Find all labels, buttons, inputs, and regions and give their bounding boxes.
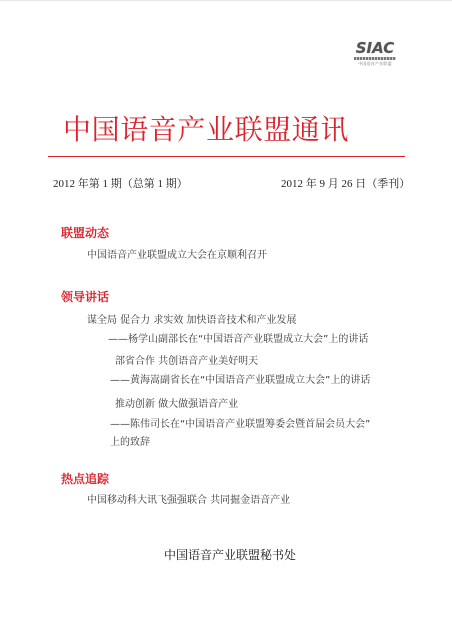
- section-heading-hot-topics: 热点追踪: [61, 472, 109, 487]
- toc-item[interactable]: 中国语音产业联盟成立大会在京顺利召开: [87, 249, 267, 262]
- issue-number: 2012 年第 1 期（总第 1 期）: [53, 177, 188, 191]
- footer-organization: 中国语音产业联盟秘书处: [0, 548, 452, 563]
- issue-date: 2012 年 9 月 26 日（季刊）: [281, 177, 410, 191]
- toc-item-byline: ——杨学山副部长在“中国语音产业联盟成立大会”上的讲话: [108, 333, 368, 346]
- toc-item-title[interactable]: 部省合作 共创语音产业美好明天: [115, 355, 258, 368]
- toc-item-title[interactable]: 推动创新 做大做强语音产业: [115, 398, 238, 411]
- section-heading-alliance-news: 联盟动态: [61, 226, 109, 241]
- toc-item[interactable]: 中国移动科大讯飞强强联合 共同掘金语音产业: [87, 494, 290, 507]
- logo-text: SIAC: [352, 40, 398, 56]
- section-heading-leader-speeches: 领导讲话: [61, 290, 109, 305]
- sound-wave-icon: [354, 57, 396, 60]
- toc-item-byline: ——陈伟司长在“中国语音产业联盟筹委会暨首届会员大会”: [110, 418, 370, 431]
- page-top-border: [0, 0, 452, 1]
- toc-item-title[interactable]: 谋全局 促合力 求实效 加快语音技术和产业发展: [87, 314, 297, 327]
- logo-subtitle: 中国语音产业联盟: [352, 61, 398, 66]
- masthead-title: 中国语音产业联盟通讯: [63, 112, 393, 148]
- toc-item-byline: ——黄海嵩副省长在“中国语音产业联盟成立大会”上的讲话: [110, 374, 370, 387]
- masthead-divider: [48, 156, 405, 157]
- toc-item-byline-continued: 上的致辞: [110, 436, 150, 449]
- siac-logo: SIAC 中国语音产业联盟: [352, 40, 398, 70]
